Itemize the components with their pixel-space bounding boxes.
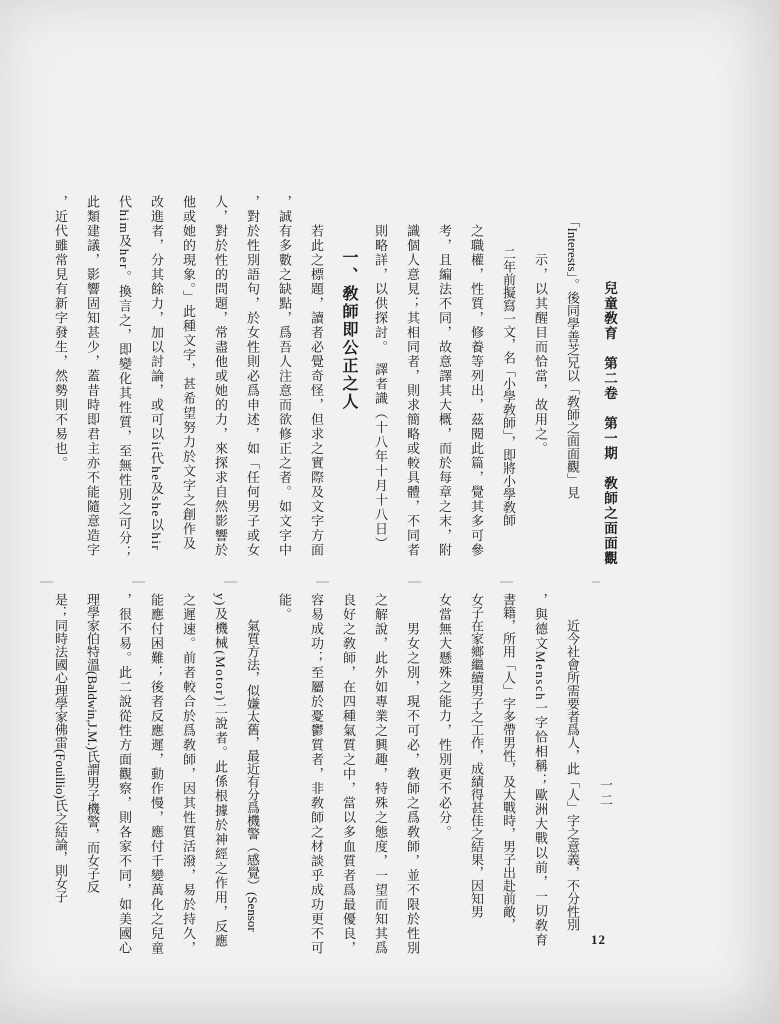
text-column: 識個人意見；其相同者，則求簡略或較具體，不同者 <box>396 195 428 575</box>
text-column: 二年前擬寫一文，名「小學敎師」，即將小學敎師 <box>492 195 524 575</box>
text-column: 是；同時法國心理學家佛雷(Fouillio)氏之結論，則女子 <box>44 593 76 961</box>
top-text-register: 「Interests」。後同學善芝兄以「敎師之面面觀」見 示，以其醒目而恰當，故… <box>44 195 588 575</box>
text-column: y)及機械(Motor)二說者。此係根據於神經之作用，反應 <box>204 593 236 961</box>
page-number-arabic: 12 <box>591 932 606 948</box>
text-column: 此類建議，影響固知甚少，蓋昔時即君主亦不能隨意造字 <box>76 195 108 575</box>
text-column: 考，且編法不同，故意譯其大概，而於每章之末，附 <box>428 195 460 575</box>
text-column: 代him及her。換言之，即變化其性質，至無性別之可分； <box>108 195 140 575</box>
text-column: 示，以其醒目而恰當，故用之。 <box>524 195 556 575</box>
text-column: 他或她的現象。」此種文字，甚希望努力於文字之創作及 <box>172 195 204 575</box>
text-column: ，很不易。此二說從性方面觀察，則各家不同，如美國心 <box>108 593 140 961</box>
text-column: 若此之標題，讀者必覺奇怪，但求之實際及文字方面 <box>300 195 332 575</box>
text-column: 女當無大懸殊之能力，性別更不必分。 <box>428 593 460 961</box>
section-heading: 一、敎師即公正之人 <box>332 195 364 575</box>
page-number-chinese: 一二 <box>592 778 618 808</box>
text-column: 之遲速。前者較合於爲敎師，因其性質活潑，易於持久， <box>172 593 204 961</box>
text-column: 之職權，性質，修養等列出，茲閱此篇，覺其多可參 <box>460 195 492 575</box>
text-column: ，誠有多數之缺點，爲吾人注意而欲修正之者。如文字中 <box>268 195 300 575</box>
text-column: 書籍，所用「人」字多帶男性，及大戰時，男子出赴前敵， <box>492 593 524 961</box>
text-column: ，對於性別語句，於女性則必爲申述，如「任何男子或女 <box>236 195 268 575</box>
text-column: 則略詳，以供探討。 譯者識（十八年十月十八日） <box>364 195 396 575</box>
running-head: 兒童敎育 第二卷 第一期 敎師之面面觀 <box>594 281 624 566</box>
text-column: 近今社會所需要者爲人，此「人」字之意義，不分性別 <box>556 593 588 961</box>
text-column: 改進者，分其餘力，加以討論，或可以it代he及she以hir <box>140 195 172 575</box>
bottom-text-register: 近今社會所需要者爲人，此「人」字之意義，不分性別 ，與德文Mensch一字恰相稱… <box>44 593 588 961</box>
text-column: 人，對於性的問題，常盡他或她的力，來探求自然影響於 <box>204 195 236 575</box>
text-column: 「Interests」。後同學善芝兄以「敎師之面面觀」見 <box>556 195 588 575</box>
text-column: 氣質方法，似嫌太舊，最近有分爲機警（感覺）(Sensor <box>236 593 268 961</box>
text-column: 理學家伯特溫(Baldwin,J.M.)氏謂男子機警，而女子反 <box>76 593 108 961</box>
text-column: ，與德文Mensch一字恰相稱；歐洲大戰以前，一切敎育 <box>524 593 556 961</box>
text-column: 良好之敎師，在四種氣質之中，當以多血質者爲最優良， <box>332 593 364 961</box>
text-column: 容易成功；至屬於憂鬱質者，非敎師之材談乎成功更不可 <box>300 593 332 961</box>
scanned-page: 兒童敎育 第二卷 第一期 敎師之面面觀 「Interests」。後同學善芝兄以「… <box>0 0 779 1024</box>
text-column: 能。 <box>268 593 300 961</box>
text-column: 之解說，此外如專業之興趣，特殊之態度，一望而知其爲 <box>364 593 396 961</box>
text-column: 能應付困難；後者反應遲，動作慢，應付千變萬化之兒童 <box>140 593 172 961</box>
register-divider-dashes <box>40 581 600 583</box>
text-column: 女子在家鄉繼續男子之工作，成績得甚佳之結果，因知男 <box>460 593 492 961</box>
text-column: 男女之別，現不可必，敎師之爲敎師，並不限於性別 <box>396 593 428 961</box>
text-column: ，近代雖常見有新字發生，然勢則不易也。 <box>44 195 76 575</box>
